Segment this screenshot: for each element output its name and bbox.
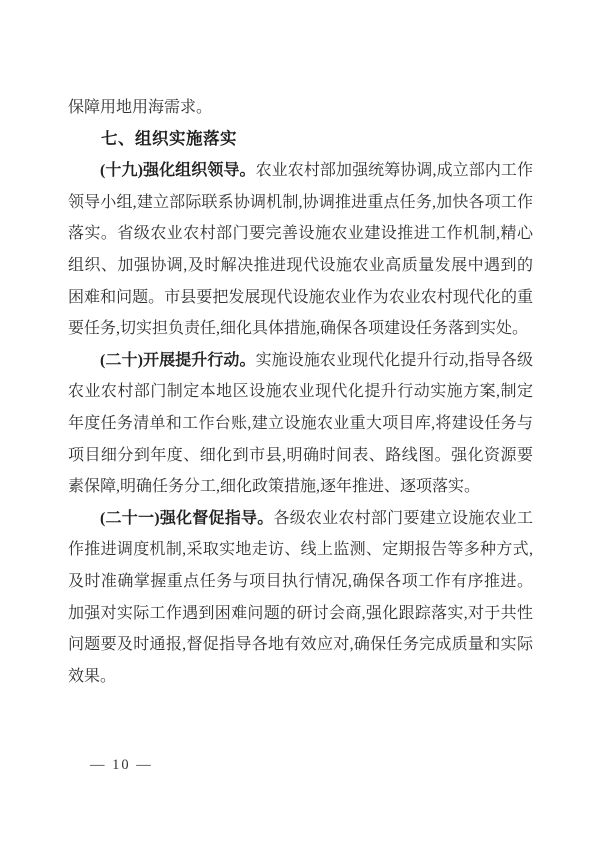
paragraph-body: 农业农村部加强统筹协调,成立部内工作领导小组,建立部际联系协调机制,协调推进重点… — [68, 162, 533, 337]
paragraph: (二十一)强化督促指导。各级农业农村部门要建立设施农业工作推进调度机制,采取实地… — [68, 503, 533, 693]
paragraph-body: 各级农业农村部门要建立设施农业工作推进调度机制,采取实地走访、线上监测、定期报告… — [68, 510, 533, 685]
paragraph: (十九)强化组织领导。农业农村部加强统筹协调,成立部内工作领导小组,建立部际联系… — [68, 155, 533, 345]
document-page: 保障用地用海需求。 七、组织实施落实 (十九)强化组织领导。农业农村部加强统筹协… — [0, 0, 600, 848]
section-heading: 七、组织实施落实 — [68, 124, 533, 156]
document-body: 保障用地用海需求。 七、组织实施落实 (十九)强化组织领导。农业农村部加强统筹协… — [68, 92, 533, 692]
paragraph-lead: (二十一)强化督促指导。 — [100, 510, 273, 527]
paragraph: (二十)开展提升行动。实施设施农业现代化提升行动,指导各级农业农村部门制定本地区… — [68, 345, 533, 503]
paragraph-lead: (十九)强化组织领导。 — [100, 162, 256, 179]
paragraph-lead: (二十)开展提升行动。 — [100, 352, 256, 369]
paragraph-body: 实施设施农业现代化提升行动,指导各级农业农村部门制定本地区设施农业现代化提升行动… — [68, 352, 533, 495]
page-number: — 10 — — [90, 757, 153, 774]
paragraph-continuation: 保障用地用海需求。 — [68, 92, 533, 124]
